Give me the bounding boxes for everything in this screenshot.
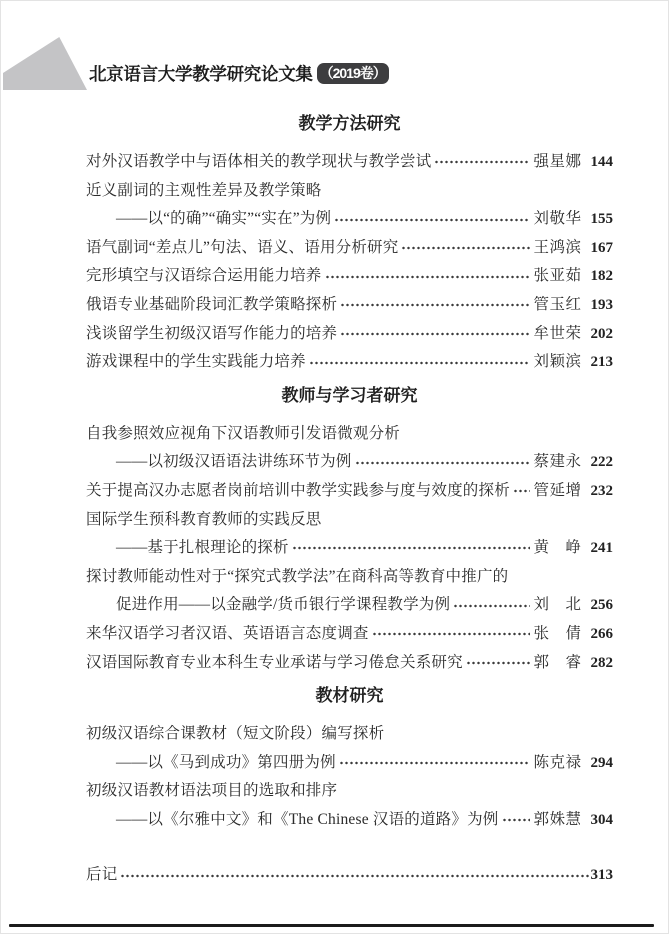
- dot-leader: [340, 320, 530, 349]
- entry-title: 初级汉语教材语法项目的选取和排序: [86, 777, 337, 806]
- volume-badge: （2019卷）: [317, 63, 389, 84]
- entry-title: 初级汉语综合课教材（短文阶段）编写探析: [86, 720, 384, 749]
- entry-title: 完形填空与汉语综合运用能力培养: [86, 262, 322, 291]
- dot-leader: [372, 620, 531, 649]
- dot-leader: [434, 148, 530, 177]
- toc-line: 对外汉语教学中与语体相关的教学现状与教学尝试强星娜144: [86, 148, 613, 177]
- page-number: 304: [591, 806, 614, 835]
- page-number: 313: [591, 861, 614, 890]
- toc-entry: 汉语国际教育专业本科生专业承诺与学习倦怠关系研究郭 睿282: [86, 649, 613, 678]
- toc-entry: 国际学生预科教育教师的实践反思——基于扎根理论的探析黄 峥241: [86, 506, 613, 563]
- page-number: 294: [591, 749, 614, 778]
- entry-title: 俄语专业基础阶段词汇教学策略探析: [86, 291, 337, 320]
- author-name: 王鸿滨: [533, 234, 581, 263]
- author-name: 郭 睿: [533, 649, 581, 678]
- author-name: 黄 峥: [533, 534, 581, 563]
- page-number: 232: [591, 477, 614, 506]
- page-number: 167: [591, 234, 614, 263]
- entry-title: 关于提高汉办志愿者岗前培训中教学实践参与度与效度的探析: [86, 477, 510, 506]
- afterword-label: 后记: [86, 861, 117, 890]
- toc: 教学方法研究对外汉语教学中与语体相关的教学现状与教学尝试强星娜144近义副词的主…: [86, 105, 613, 890]
- toc-line: ——以《尔雅中文》和《The Chinese 汉语的道路》为例郭姝慧304: [86, 806, 613, 835]
- book-title: 北京语言大学教学研究论文集: [89, 61, 313, 86]
- section-heading: 教材研究: [86, 685, 613, 707]
- dot-leader: [120, 861, 589, 890]
- dot-leader: [355, 448, 531, 477]
- toc-entry: 浅谈留学生初级汉语写作能力的培养牟世荣202: [86, 320, 613, 349]
- dot-leader: [309, 348, 531, 377]
- toc-entry: 俄语专业基础阶段词汇教学策略探析管玉红193: [86, 291, 613, 320]
- page-number: 202: [591, 320, 614, 349]
- entry-title: 汉语国际教育专业本科生专业承诺与学习倦怠关系研究: [86, 649, 463, 678]
- author-name: 强星娜: [533, 148, 581, 177]
- page-number: 266: [591, 620, 614, 649]
- toc-line: 后记313: [86, 861, 613, 890]
- author-name: 蔡建永: [533, 448, 581, 477]
- toc-line: ——基于扎根理论的探析黄 峥241: [86, 534, 613, 563]
- toc-line: 来华汉语学习者汉语、英语语言态度调查张 倩266: [86, 620, 613, 649]
- dot-leader: [513, 477, 531, 506]
- page-number: 144: [591, 148, 614, 177]
- entry-title: 促进作用——以金融学/货币银行学课程教学为例: [116, 591, 450, 620]
- scan-edge-line: [9, 924, 654, 927]
- page-number: 256: [591, 591, 614, 620]
- entry-title: ——以初级汉语语法讲练环节为例: [116, 448, 352, 477]
- dot-leader: [340, 291, 530, 320]
- entry-title: 语气副词“差点儿”句法、语义、语用分析研究: [86, 234, 398, 263]
- author-name: 张亚茹: [533, 262, 581, 291]
- author-name: 张 倩: [533, 620, 581, 649]
- page-number: 182: [591, 262, 614, 291]
- toc-entry: 初级汉语教材语法项目的选取和排序——以《尔雅中文》和《The Chinese 汉…: [86, 777, 613, 834]
- author-name: 管延增: [533, 477, 581, 506]
- toc-line: ——以《马到成功》第四册为例陈克禄294: [86, 749, 613, 778]
- dot-leader: [502, 806, 531, 835]
- author-name: 刘 北: [533, 591, 581, 620]
- dot-leader: [292, 534, 531, 563]
- toc-line: 近义副词的主观性差异及教学策略: [86, 177, 613, 206]
- page-number: 213: [591, 348, 614, 377]
- page-corner-artifact: [3, 37, 87, 90]
- section-heading: 教学方法研究: [86, 113, 613, 135]
- author-name: 刘敬华: [533, 205, 581, 234]
- entry-title: 对外汉语教学中与语体相关的教学现状与教学尝试: [86, 148, 431, 177]
- dot-leader: [401, 234, 530, 263]
- toc-entry: 游戏课程中的学生实践能力培养刘颖滨213: [86, 348, 613, 377]
- afterword-entry: 后记313: [86, 861, 613, 890]
- toc-entry: 语气副词“差点儿”句法、语义、语用分析研究王鸿滨167: [86, 234, 613, 263]
- toc-line: 汉语国际教育专业本科生专业承诺与学习倦怠关系研究郭 睿282: [86, 649, 613, 678]
- entry-title: ——以《尔雅中文》和《The Chinese 汉语的道路》为例: [116, 806, 499, 835]
- page-number: 155: [591, 205, 614, 234]
- page-number: 222: [591, 448, 614, 477]
- dot-leader: [334, 205, 530, 234]
- toc-line: 探讨教师能动性对于“探究式教学法”在商科高等教育中推广的: [86, 563, 613, 592]
- entry-title: 浅谈留学生初级汉语写作能力的培养: [86, 320, 337, 349]
- entry-title: 自我参照效应视角下汉语教师引发语微观分析: [86, 420, 400, 449]
- author-name: 郭姝慧: [533, 806, 581, 835]
- entry-title: 近义副词的主观性差异及教学策略: [86, 177, 322, 206]
- entry-title: ——基于扎根理论的探析: [116, 534, 289, 563]
- section-heading: 教师与学习者研究: [86, 385, 613, 407]
- entry-title: 国际学生预科教育教师的实践反思: [86, 506, 322, 535]
- author-name: 陈克禄: [533, 749, 581, 778]
- toc-line: 初级汉语综合课教材（短文阶段）编写探析: [86, 720, 613, 749]
- toc-line: 语气副词“差点儿”句法、语义、语用分析研究王鸿滨167: [86, 234, 613, 263]
- toc-line: 自我参照效应视角下汉语教师引发语微观分析: [86, 420, 613, 449]
- toc-entry: 探讨教师能动性对于“探究式教学法”在商科高等教育中推广的促进作用——以金融学/货…: [86, 563, 613, 620]
- toc-entry: 初级汉语综合课教材（短文阶段）编写探析——以《马到成功》第四册为例陈克禄294: [86, 720, 613, 777]
- author-name: 管玉红: [533, 291, 581, 320]
- book-header: 北京语言大学教学研究论文集 （2019卷）: [89, 61, 389, 86]
- scanned-toc-page: 北京语言大学教学研究论文集 （2019卷） 教学方法研究对外汉语教学中与语体相关…: [0, 0, 669, 934]
- dot-leader: [339, 749, 531, 778]
- entry-title: ——以《马到成功》第四册为例: [116, 749, 336, 778]
- entry-title: 游戏课程中的学生实践能力培养: [86, 348, 306, 377]
- toc-line: 游戏课程中的学生实践能力培养刘颖滨213: [86, 348, 613, 377]
- page-number: 241: [591, 534, 614, 563]
- toc-entry: 近义副词的主观性差异及教学策略——以“的确”“确实”“实在”为例刘敬华155: [86, 177, 613, 234]
- toc-line: ——以“的确”“确实”“实在”为例刘敬华155: [86, 205, 613, 234]
- toc-line: 国际学生预科教育教师的实践反思: [86, 506, 613, 535]
- dot-leader: [466, 649, 531, 678]
- toc-line: 完形填空与汉语综合运用能力培养张亚茹182: [86, 262, 613, 291]
- toc-line: 促进作用——以金融学/货币银行学课程教学为例刘 北256: [86, 591, 613, 620]
- toc-line: 关于提高汉办志愿者岗前培训中教学实践参与度与效度的探析管延增232: [86, 477, 613, 506]
- toc-entry: 对外汉语教学中与语体相关的教学现状与教学尝试强星娜144: [86, 148, 613, 177]
- toc-entry: 自我参照效应视角下汉语教师引发语微观分析——以初级汉语语法讲练环节为例蔡建永22…: [86, 420, 613, 477]
- toc-entry: 关于提高汉办志愿者岗前培训中教学实践参与度与效度的探析管延增232: [86, 477, 613, 506]
- dot-leader: [453, 591, 530, 620]
- entry-title: ——以“的确”“确实”“实在”为例: [116, 205, 331, 234]
- entry-title: 来华汉语学习者汉语、英语语言态度调查: [86, 620, 369, 649]
- toc-line: 浅谈留学生初级汉语写作能力的培养牟世荣202: [86, 320, 613, 349]
- author-name: 牟世荣: [533, 320, 581, 349]
- toc-entry: 来华汉语学习者汉语、英语语言态度调查张 倩266: [86, 620, 613, 649]
- entry-title: 探讨教师能动性对于“探究式教学法”在商科高等教育中推广的: [86, 563, 508, 592]
- author-name: 刘颖滨: [533, 348, 581, 377]
- toc-line: 俄语专业基础阶段词汇教学策略探析管玉红193: [86, 291, 613, 320]
- page-number: 282: [591, 649, 614, 678]
- toc-line: 初级汉语教材语法项目的选取和排序: [86, 777, 613, 806]
- page-number: 193: [591, 291, 614, 320]
- toc-entry: 完形填空与汉语综合运用能力培养张亚茹182: [86, 262, 613, 291]
- dot-leader: [325, 262, 531, 291]
- toc-line: ——以初级汉语语法讲练环节为例蔡建永222: [86, 448, 613, 477]
